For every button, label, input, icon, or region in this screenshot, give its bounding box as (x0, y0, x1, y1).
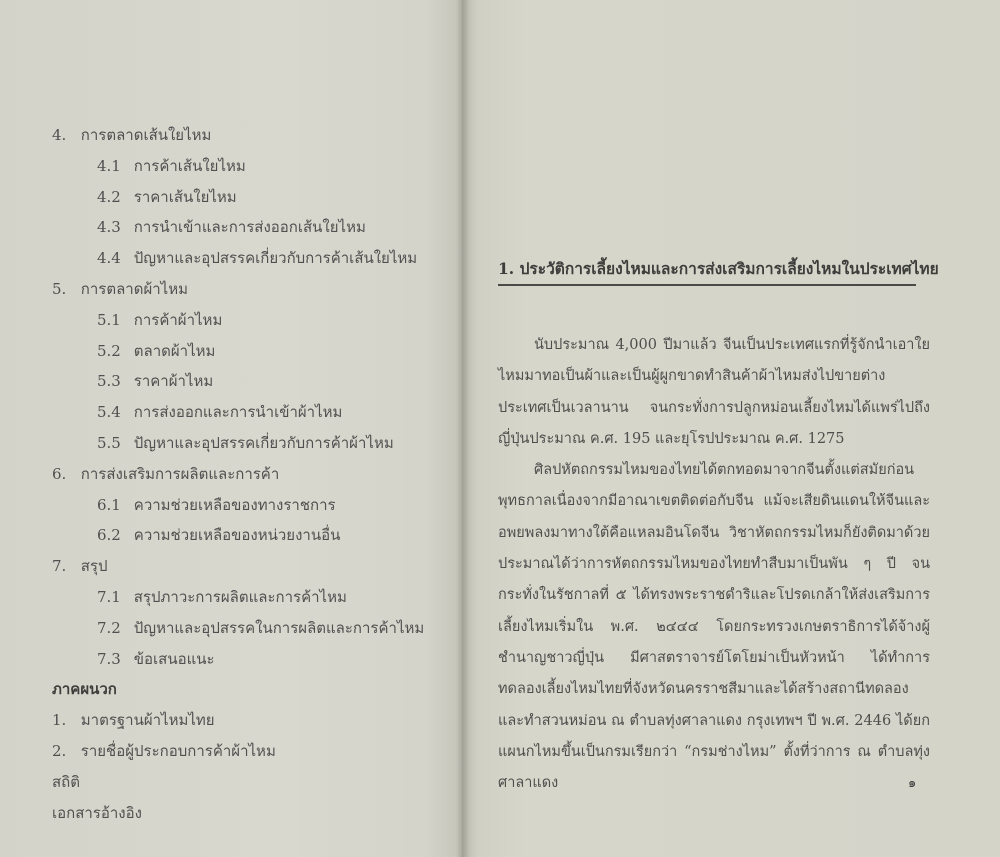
toc-text: สรุป (81, 557, 108, 575)
book-gutter (456, 0, 470, 857)
chapter-content: 1. ประวัติการเลี้ยงไหมและการส่งเสริมการเ… (498, 258, 930, 799)
toc-text: การส่งเสริมการผลิตและการค้า (81, 465, 280, 483)
toc-number: 4.2 (97, 182, 129, 212)
toc-text: ราคาผ้าไหม (134, 372, 213, 390)
toc-number: 5.2 (97, 336, 129, 366)
toc-number: 4.4 (97, 243, 129, 273)
toc-number: 5.4 (97, 397, 129, 427)
toc-number: 4. (52, 120, 76, 150)
toc-text: การตลาดเส้นใยไหม (81, 126, 212, 144)
toc-text: การค้าเส้นใยไหม (134, 157, 246, 175)
paragraph: ศิลปหัตถกรรมไหมของไทยได้ตกทอดมาจากจีนตั้… (498, 455, 930, 799)
toc-number: 6.2 (97, 520, 129, 550)
toc-item: 5. การตลาดผ้าไหม (52, 274, 452, 305)
toc-number: 6. (52, 459, 76, 489)
toc-number: 7. (52, 551, 76, 581)
toc-number: 5. (52, 274, 76, 304)
toc-number: 7.1 (97, 582, 129, 612)
toc-text: ราคาเส้นใยไหม (134, 188, 237, 206)
toc-text: การส่งออกและการนำเข้าผ้าไหม (134, 403, 343, 421)
toc-number: 5.5 (97, 428, 129, 458)
appendix-text: มาตรฐานผ้าไหมไทย (81, 711, 215, 729)
toc-text: ปัญหาและอุปสรรคในการผลิตและการค้าไหม (134, 619, 424, 637)
toc-item: 6. การส่งเสริมการผลิตและการค้า (52, 459, 452, 490)
chapter-heading: 1. ประวัติการเลี้ยงไหมและการส่งเสริมการเ… (498, 258, 916, 286)
toc-subitem: 7.3 ข้อเสนอแนะ (52, 644, 452, 675)
toc-subitem: 4.2 ราคาเส้นใยไหม (52, 182, 452, 213)
toc-subitem: 6.1 ความช่วยเหลือของทางราชการ (52, 490, 452, 521)
toc-subitem: 5.2 ตลาดผ้าไหม (52, 336, 452, 367)
toc-text: ปัญหาและอุปสรรคเกี่ยวกับการค้าผ้าไหม (134, 434, 394, 452)
toc-number: 5.3 (97, 366, 129, 396)
appendix-number: 2. (52, 736, 76, 766)
toc-number: 6.1 (97, 490, 129, 520)
toc-text: สรุปภาวะการผลิตและการค้าไหม (134, 588, 347, 606)
toc-text: ปัญหาและอุปสรรคเกี่ยวกับการค้าเส้นใยไหม (134, 249, 417, 267)
references-entry: เอกสารอ้างอิง (52, 798, 452, 829)
toc-subitem: 5.1 การค้าผ้าไหม (52, 305, 452, 336)
toc-subitem: 5.3 ราคาผ้าไหม (52, 366, 452, 397)
toc-number: 7.3 (97, 644, 129, 674)
toc-subitem: 5.5 ปัญหาและอุปสรรคเกี่ยวกับการค้าผ้าไหม (52, 428, 452, 459)
statistics-entry: สถิติ (52, 767, 452, 798)
toc-subitem: 4.3 การนำเข้าและการส่งออกเส้นใยไหม (52, 212, 452, 243)
toc-subitem: 6.2 ความช่วยเหลือของหน่วยงานอื่น (52, 520, 452, 551)
toc-item: 4. การตลาดเส้นใยไหม (52, 120, 452, 151)
toc-subitem: 7.1 สรุปภาวะการผลิตและการค้าไหม (52, 582, 452, 613)
toc-number: 4.3 (97, 212, 129, 242)
left-page: 4. การตลาดเส้นใยไหม 4.1 การค้าเส้นใยไหม … (0, 0, 462, 857)
toc-text: ความช่วยเหลือของทางราชการ (134, 496, 336, 514)
appendix-heading: ภาคผนวก (52, 674, 452, 705)
appendix-item: 1. มาตรฐานผ้าไหมไทย (52, 705, 452, 736)
toc-number: 7.2 (97, 613, 129, 643)
toc-number: 4.1 (97, 151, 129, 181)
toc-text: การตลาดผ้าไหม (81, 280, 188, 298)
page-number: ๑ (908, 772, 916, 793)
table-of-contents: 4. การตลาดเส้นใยไหม 4.1 การค้าเส้นใยไหม … (52, 120, 452, 828)
toc-text: การนำเข้าและการส่งออกเส้นใยไหม (134, 218, 366, 236)
appendix-item: 2. รายชื่อผู้ประกอบการค้าผ้าไหม (52, 736, 452, 767)
toc-text: ข้อเสนอแนะ (134, 650, 215, 668)
toc-number: 5.1 (97, 305, 129, 335)
paragraph: นับประมาณ 4,000 ปีมาแล้ว จีนเป็นประเทศแร… (498, 330, 930, 455)
toc-text: การค้าผ้าไหม (134, 311, 223, 329)
appendix-number: 1. (52, 705, 76, 735)
toc-subitem: 4.1 การค้าเส้นใยไหม (52, 151, 452, 182)
toc-text: ตลาดผ้าไหม (134, 342, 216, 360)
toc-subitem: 4.4 ปัญหาและอุปสรรคเกี่ยวกับการค้าเส้นใย… (52, 243, 452, 274)
toc-subitem: 5.4 การส่งออกและการนำเข้าผ้าไหม (52, 397, 452, 428)
toc-subitem: 7.2 ปัญหาและอุปสรรคในการผลิตและการค้าไหม (52, 613, 452, 644)
toc-item: 7. สรุป (52, 551, 452, 582)
toc-text: ความช่วยเหลือของหน่วยงานอื่น (134, 526, 341, 544)
body-text: นับประมาณ 4,000 ปีมาแล้ว จีนเป็นประเทศแร… (498, 330, 930, 799)
appendix-text: รายชื่อผู้ประกอบการค้าผ้าไหม (81, 742, 276, 760)
